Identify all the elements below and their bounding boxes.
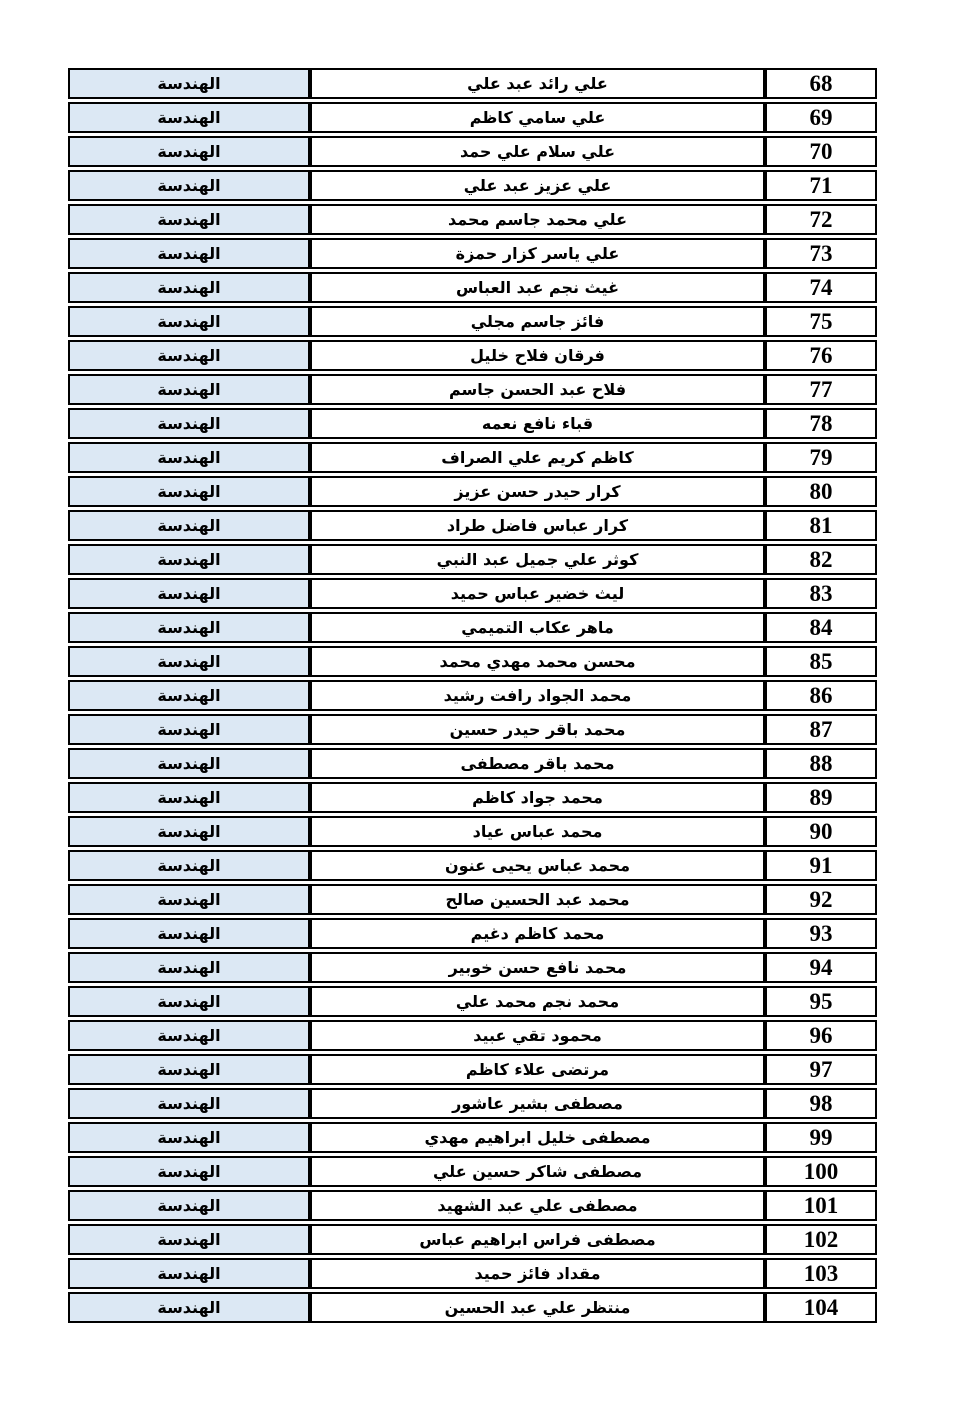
college-cell: الهندسة	[68, 1088, 310, 1119]
student-name-cell: علي سامي كاظم	[310, 102, 765, 133]
student-name-cell: محمد نافع حسن خوبير	[310, 952, 765, 983]
roster-row: 100 مصطفى شاكر حسين علي الهندسة	[68, 1156, 877, 1187]
roster-row: 81 كرار عباس فاضل طراد الهندسة	[68, 510, 877, 541]
serial-number-cell: 87	[765, 714, 877, 745]
roster-row: 69 علي سامي كاظم الهندسة	[68, 102, 877, 133]
college-cell: الهندسة	[68, 1122, 310, 1153]
serial-number-cell: 82	[765, 544, 877, 575]
serial-number-cell: 76	[765, 340, 877, 371]
serial-number-cell: 98	[765, 1088, 877, 1119]
serial-number-cell: 68	[765, 68, 877, 99]
student-name-cell: مصطفى علي عبد الشهيد	[310, 1190, 765, 1221]
college-cell: الهندسة	[68, 102, 310, 133]
serial-number-cell: 71	[765, 170, 877, 201]
student-name-cell: مصطفى شاكر حسين علي	[310, 1156, 765, 1187]
roster-row: 90 محمد عباس عياد الهندسة	[68, 816, 877, 847]
student-name-cell: ليث خضير عباس حميد	[310, 578, 765, 609]
roster-row: 101 مصطفى علي عبد الشهيد الهندسة	[68, 1190, 877, 1221]
student-name-cell: محمد باقر حيدر حسين	[310, 714, 765, 745]
serial-number-cell: 74	[765, 272, 877, 303]
college-cell: الهندسة	[68, 68, 310, 99]
student-name-cell: كرار عباس فاضل طراد	[310, 510, 765, 541]
roster-row: 86 محمد الجواد رافت رشيد الهندسة	[68, 680, 877, 711]
roster-row: 82 كوثر علي جميل عبد النبي الهندسة	[68, 544, 877, 575]
roster-row: 93 محمد كاظم دغيم الهندسة	[68, 918, 877, 949]
roster-row: 99 مصطفى خليل ابراهيم مهدي الهندسة	[68, 1122, 877, 1153]
serial-number-cell: 104	[765, 1292, 877, 1323]
college-cell: الهندسة	[68, 442, 310, 473]
serial-number-cell: 85	[765, 646, 877, 677]
college-cell: الهندسة	[68, 544, 310, 575]
student-name-cell: علي رائد عبد علي	[310, 68, 765, 99]
serial-number-cell: 72	[765, 204, 877, 235]
student-name-cell: مرتضى علاء كاظم	[310, 1054, 765, 1085]
roster-row: 85 محسن محمد مهدي محمد الهندسة	[68, 646, 877, 677]
college-cell: الهندسة	[68, 170, 310, 201]
student-name-cell: مصطفى فراس ابراهيم عباس	[310, 1224, 765, 1255]
student-name-cell: قباء نافع نعمه	[310, 408, 765, 439]
roster-row: 103 مقداد فائز حميد الهندسة	[68, 1258, 877, 1289]
serial-number-cell: 80	[765, 476, 877, 507]
student-name-cell: ماهر عكاب التميمي	[310, 612, 765, 643]
roster-row: 72 علي محمد جاسم محمد الهندسة	[68, 204, 877, 235]
student-name-cell: محمد جواد كاظم	[310, 782, 765, 813]
serial-number-cell: 73	[765, 238, 877, 269]
serial-number-cell: 69	[765, 102, 877, 133]
roster-row: 84 ماهر عكاب التميمي الهندسة	[68, 612, 877, 643]
college-cell: الهندسة	[68, 918, 310, 949]
college-cell: الهندسة	[68, 748, 310, 779]
roster-row: 102 مصطفى فراس ابراهيم عباس الهندسة	[68, 1224, 877, 1255]
serial-number-cell: 100	[765, 1156, 877, 1187]
college-cell: الهندسة	[68, 1292, 310, 1323]
college-cell: الهندسة	[68, 1190, 310, 1221]
student-name-cell: محمد كاظم دغيم	[310, 918, 765, 949]
student-name-cell: محمد باقر مصطفى	[310, 748, 765, 779]
roster-row: 73 علي ياسر كزار حمزة الهندسة	[68, 238, 877, 269]
serial-number-cell: 77	[765, 374, 877, 405]
college-cell: الهندسة	[68, 816, 310, 847]
student-name-cell: علي سلام علي حمد	[310, 136, 765, 167]
student-name-cell: محمود تقي عبيد	[310, 1020, 765, 1051]
student-name-cell: كاظم كريم علي الصراف	[310, 442, 765, 473]
student-name-cell: علي ياسر كزار حمزة	[310, 238, 765, 269]
college-cell: الهندسة	[68, 476, 310, 507]
roster-row: 70 علي سلام علي حمد الهندسة	[68, 136, 877, 167]
college-cell: الهندسة	[68, 680, 310, 711]
student-name-cell: محمد نجم محمد علي	[310, 986, 765, 1017]
college-cell: الهندسة	[68, 136, 310, 167]
roster-row: 71 علي عزيز عبد علي الهندسة	[68, 170, 877, 201]
college-cell: الهندسة	[68, 850, 310, 881]
college-cell: الهندسة	[68, 340, 310, 371]
roster-row: 104 منتظر علي عبد الحسين الهندسة	[68, 1292, 877, 1323]
serial-number-cell: 75	[765, 306, 877, 337]
roster-row: 78 قباء نافع نعمه الهندسة	[68, 408, 877, 439]
serial-number-cell: 81	[765, 510, 877, 541]
serial-number-cell: 91	[765, 850, 877, 881]
student-roster-table: 68 علي رائد عبد علي الهندسة 69 علي سامي …	[68, 65, 877, 1326]
college-cell: الهندسة	[68, 612, 310, 643]
serial-number-cell: 94	[765, 952, 877, 983]
serial-number-cell: 96	[765, 1020, 877, 1051]
serial-number-cell: 92	[765, 884, 877, 915]
roster-row: 97 مرتضى علاء كاظم الهندسة	[68, 1054, 877, 1085]
college-cell: الهندسة	[68, 510, 310, 541]
roster-row: 75 فائز جاسم مجلي الهندسة	[68, 306, 877, 337]
college-cell: الهندسة	[68, 884, 310, 915]
serial-number-cell: 101	[765, 1190, 877, 1221]
roster-row: 91 محمد عباس يحيى عنون الهندسة	[68, 850, 877, 881]
student-name-cell: مصطفى خليل ابراهيم مهدي	[310, 1122, 765, 1153]
college-cell: الهندسة	[68, 578, 310, 609]
roster-row: 68 علي رائد عبد علي الهندسة	[68, 68, 877, 99]
serial-number-cell: 99	[765, 1122, 877, 1153]
student-name-cell: محسن محمد مهدي محمد	[310, 646, 765, 677]
roster-row: 74 غيث نجم عبد العباس الهندسة	[68, 272, 877, 303]
serial-number-cell: 89	[765, 782, 877, 813]
student-name-cell: محمد عباس يحيى عنون	[310, 850, 765, 881]
roster-row: 95 محمد نجم محمد علي الهندسة	[68, 986, 877, 1017]
serial-number-cell: 83	[765, 578, 877, 609]
serial-number-cell: 88	[765, 748, 877, 779]
roster-row: 89 محمد جواد كاظم الهندسة	[68, 782, 877, 813]
serial-number-cell: 84	[765, 612, 877, 643]
serial-number-cell: 78	[765, 408, 877, 439]
college-cell: الهندسة	[68, 306, 310, 337]
serial-number-cell: 95	[765, 986, 877, 1017]
student-name-cell: كوثر علي جميل عبد النبي	[310, 544, 765, 575]
college-cell: الهندسة	[68, 714, 310, 745]
college-cell: الهندسة	[68, 1054, 310, 1085]
college-cell: الهندسة	[68, 986, 310, 1017]
roster-row: 98 مصطفى بشير عاشور الهندسة	[68, 1088, 877, 1119]
college-cell: الهندسة	[68, 1020, 310, 1051]
college-cell: الهندسة	[68, 272, 310, 303]
student-name-cell: مقداد فائز حميد	[310, 1258, 765, 1289]
roster-row: 83 ليث خضير عباس حميد الهندسة	[68, 578, 877, 609]
college-cell: الهندسة	[68, 1156, 310, 1187]
college-cell: الهندسة	[68, 782, 310, 813]
scanned-document-page: 68 علي رائد عبد علي الهندسة 69 علي سامي …	[0, 0, 960, 1403]
roster-row: 94 محمد نافع حسن خوبير الهندسة	[68, 952, 877, 983]
student-name-cell: كرار حيدر حسن عزيز	[310, 476, 765, 507]
roster-row: 80 كرار حيدر حسن عزيز الهندسة	[68, 476, 877, 507]
college-cell: الهندسة	[68, 1258, 310, 1289]
college-cell: الهندسة	[68, 408, 310, 439]
roster-row: 96 محمود تقي عبيد الهندسة	[68, 1020, 877, 1051]
roster-row: 76 فرقان فلاح خليل الهندسة	[68, 340, 877, 371]
roster-body: 68 علي رائد عبد علي الهندسة 69 علي سامي …	[68, 68, 877, 1323]
student-name-cell: علي عزيز عبد علي	[310, 170, 765, 201]
roster-row: 77 فلاح عبد الحسن جاسم الهندسة	[68, 374, 877, 405]
roster-row: 88 محمد باقر مصطفى الهندسة	[68, 748, 877, 779]
student-name-cell: فلاح عبد الحسن جاسم	[310, 374, 765, 405]
student-name-cell: محمد عبد الحسين صالح	[310, 884, 765, 915]
serial-number-cell: 102	[765, 1224, 877, 1255]
serial-number-cell: 97	[765, 1054, 877, 1085]
college-cell: الهندسة	[68, 204, 310, 235]
student-name-cell: فائز جاسم مجلي	[310, 306, 765, 337]
serial-number-cell: 79	[765, 442, 877, 473]
serial-number-cell: 90	[765, 816, 877, 847]
student-name-cell: فرقان فلاح خليل	[310, 340, 765, 371]
roster-row: 92 محمد عبد الحسين صالح الهندسة	[68, 884, 877, 915]
student-name-cell: مصطفى بشير عاشور	[310, 1088, 765, 1119]
college-cell: الهندسة	[68, 238, 310, 269]
roster-row: 79 كاظم كريم علي الصراف الهندسة	[68, 442, 877, 473]
student-name-cell: محمد عباس عياد	[310, 816, 765, 847]
serial-number-cell: 93	[765, 918, 877, 949]
serial-number-cell: 70	[765, 136, 877, 167]
student-name-cell: غيث نجم عبد العباس	[310, 272, 765, 303]
roster-row: 87 محمد باقر حيدر حسين الهندسة	[68, 714, 877, 745]
serial-number-cell: 86	[765, 680, 877, 711]
student-name-cell: محمد الجواد رافت رشيد	[310, 680, 765, 711]
serial-number-cell: 103	[765, 1258, 877, 1289]
student-name-cell: منتظر علي عبد الحسين	[310, 1292, 765, 1323]
college-cell: الهندسة	[68, 952, 310, 983]
college-cell: الهندسة	[68, 646, 310, 677]
student-name-cell: علي محمد جاسم محمد	[310, 204, 765, 235]
college-cell: الهندسة	[68, 1224, 310, 1255]
college-cell: الهندسة	[68, 374, 310, 405]
